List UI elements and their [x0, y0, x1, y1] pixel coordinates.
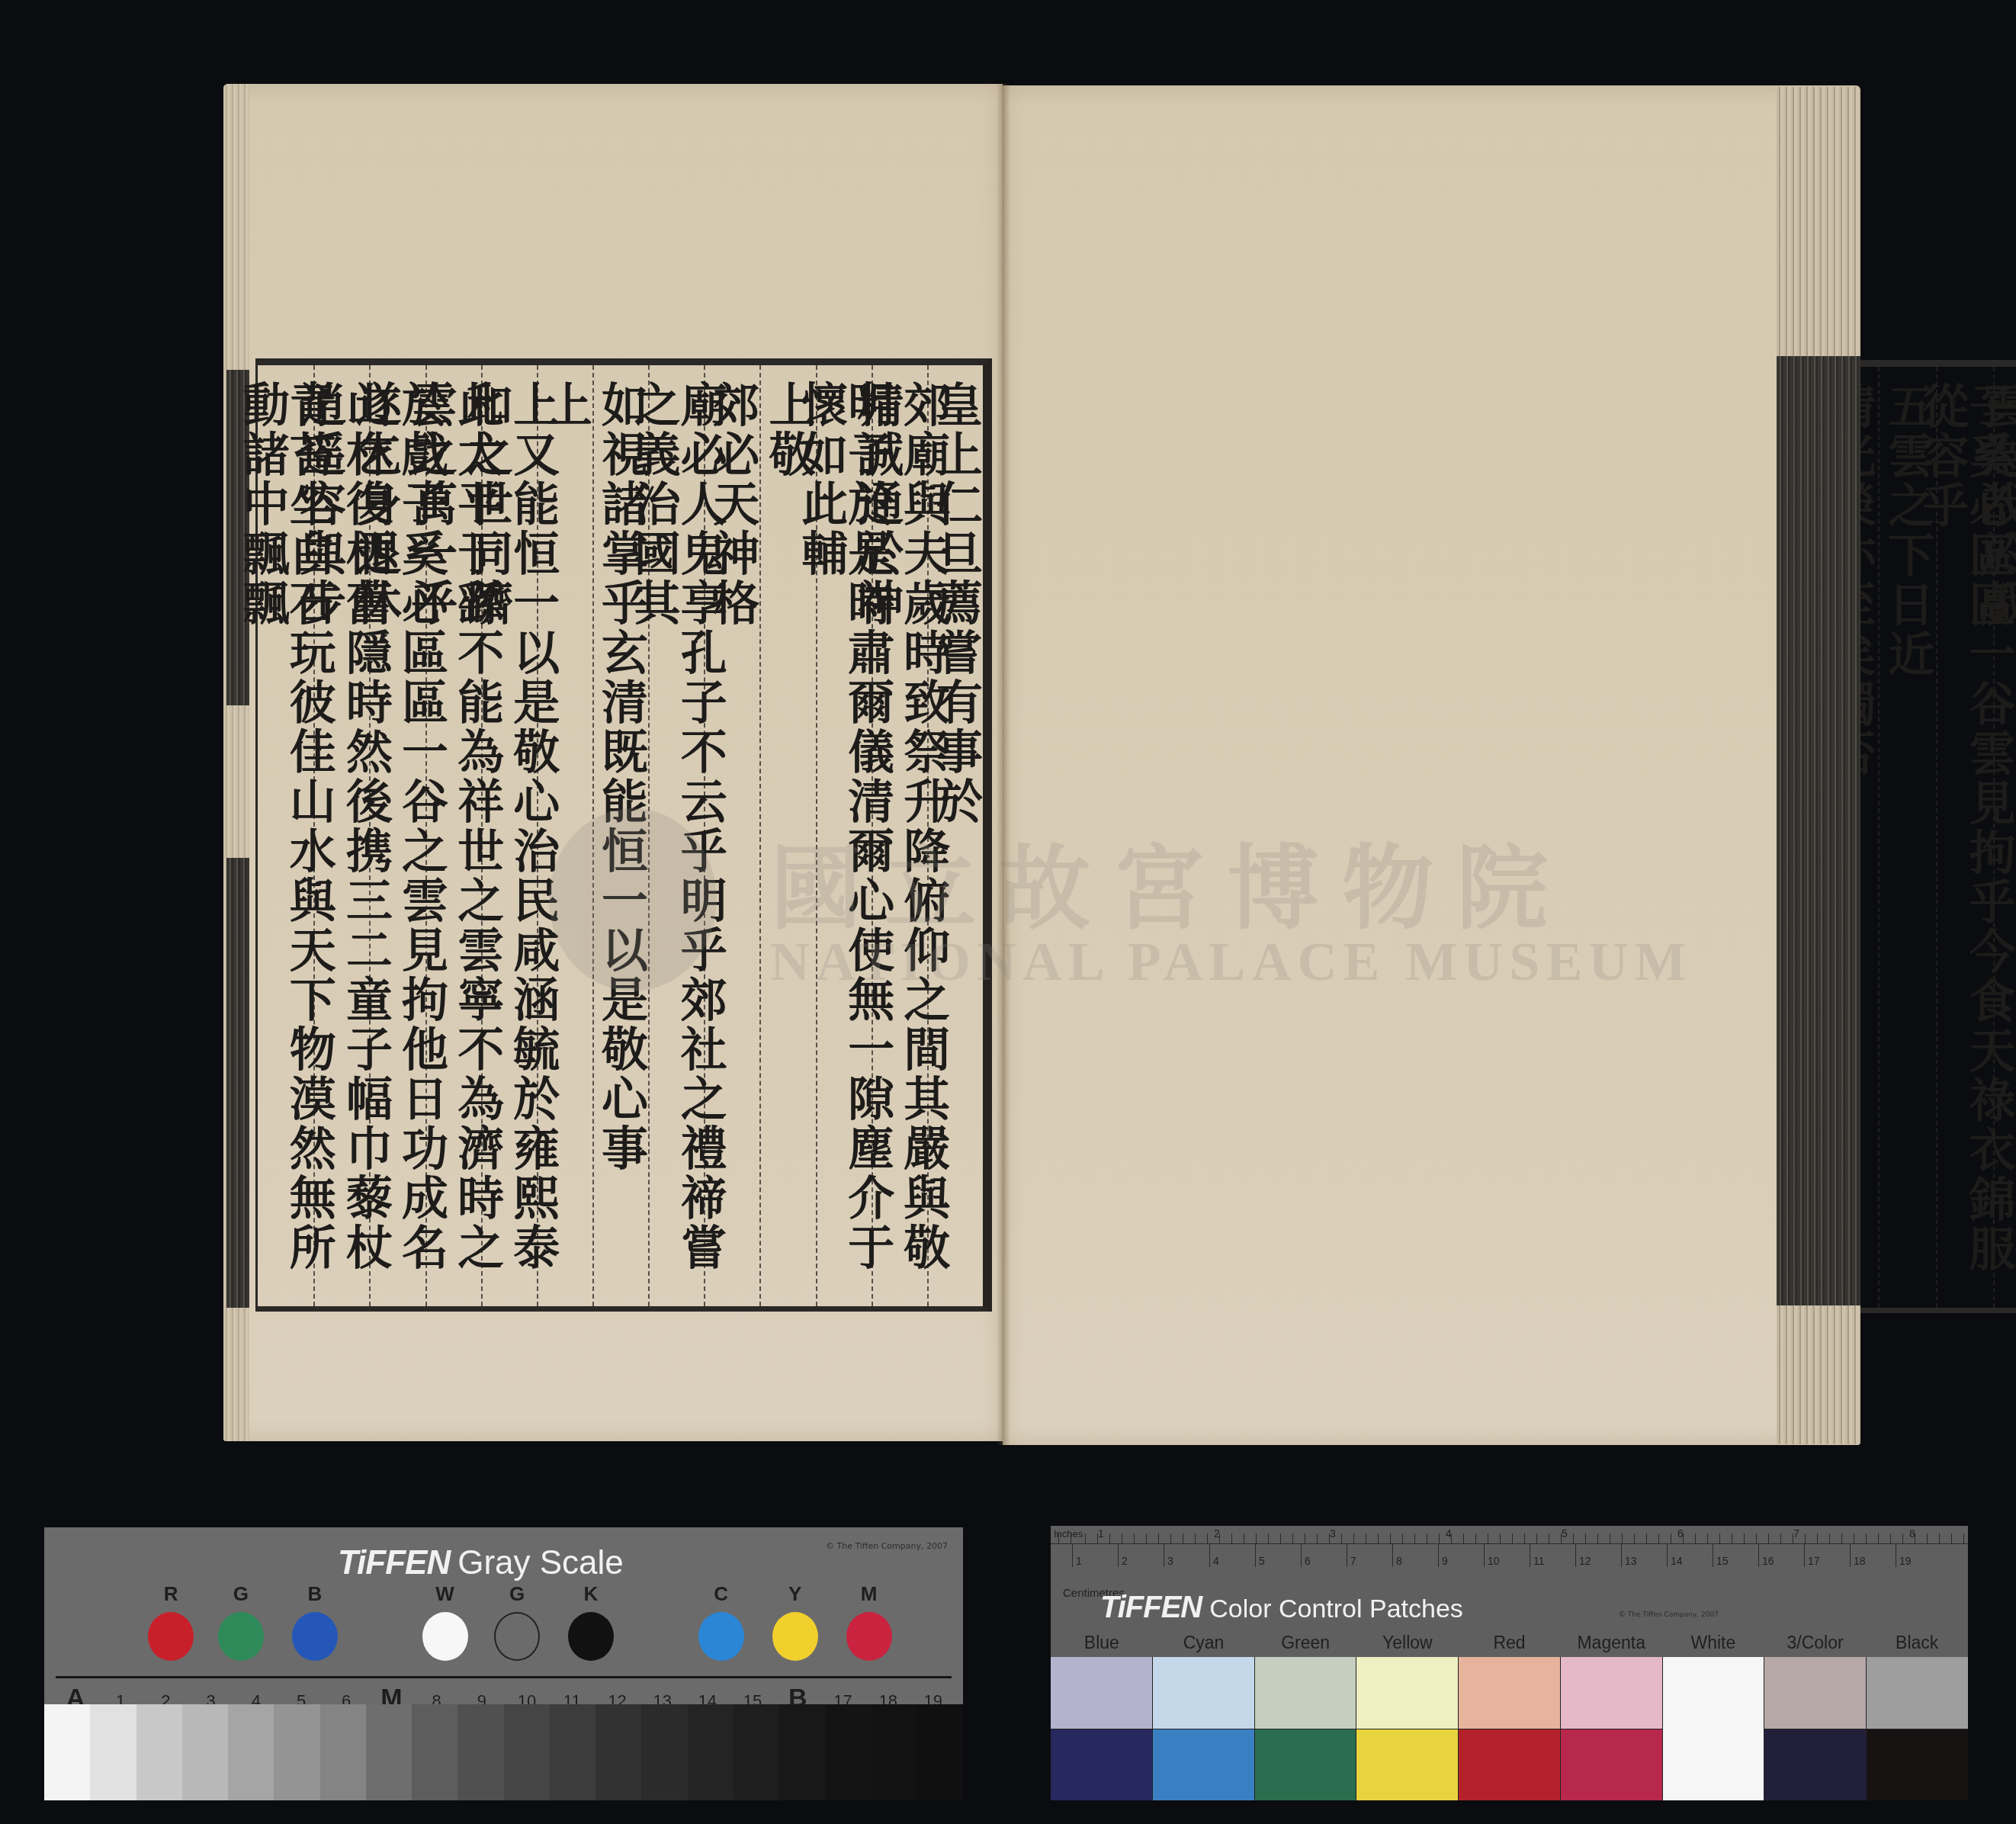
cm-tick	[1758, 1544, 1759, 1567]
cm-tick-label: 12	[1579, 1555, 1591, 1567]
cm-tick-label: 11	[1533, 1555, 1545, 1567]
cm-tick	[1896, 1544, 1896, 1567]
cm-tick	[1072, 1544, 1073, 1567]
cm-tick	[1118, 1544, 1119, 1567]
cm-tick-label: 10	[1488, 1555, 1500, 1567]
cm-tick-label: 3	[1167, 1555, 1173, 1567]
ruler-inches: Inches 12345678	[1051, 1526, 1968, 1544]
patch-label-3-color: 3/Color	[1764, 1633, 1867, 1653]
patch-dark	[1459, 1729, 1560, 1801]
color-control-chart: Inches 12345678 123456789101112131415161…	[1051, 1526, 1968, 1800]
cm-tick-label: 17	[1808, 1555, 1820, 1567]
ruler-inches-label: Inches	[1054, 1528, 1083, 1540]
cm-tick-label: 8	[1396, 1555, 1402, 1567]
inch-tick: 1	[1098, 1527, 1104, 1540]
cm-tick-label: 18	[1854, 1555, 1866, 1567]
patch-light	[1356, 1657, 1458, 1729]
color-patches	[1051, 1657, 1968, 1800]
gray-swatch	[504, 1704, 550, 1800]
patch-label-red: Red	[1459, 1633, 1561, 1653]
gray-swatch	[734, 1704, 779, 1800]
cm-tick-label: 1	[1076, 1555, 1082, 1567]
patch-light	[1051, 1657, 1152, 1729]
dot-label: M	[846, 1582, 892, 1606]
patch-light	[1459, 1657, 1560, 1729]
dot-label: C	[698, 1582, 744, 1606]
column-text: 上敬	[766, 381, 812, 480]
gray-swatch	[44, 1704, 90, 1800]
cm-tick	[1347, 1544, 1347, 1567]
patch-column-white	[1662, 1657, 1764, 1800]
gray-swatch	[457, 1704, 503, 1800]
color-chart-copyright: © The Tiffen Company, 2007	[1619, 1611, 1719, 1619]
text-column: 青苔坐白石玩彼佳山水與天下物漠然無所動諸中飄飄	[258, 365, 313, 1306]
gray-scale-chart: TiFFENGray Scale © The Tiffen Company, 2…	[44, 1527, 963, 1800]
inch-tick: 4	[1446, 1527, 1452, 1540]
column-text: 青苔坐白石玩彼佳山水與天下物漠然無所動諸中飄飄	[239, 381, 332, 1306]
dot-swatch-icon	[148, 1612, 194, 1661]
left-text-columns: 皇上仁旦薦嘗有事於郊廟與夫歲時致祭升降俯仰之間其嚴與敬精誠通於神明子於是時肅爾儀…	[258, 365, 983, 1306]
patch-light	[1764, 1657, 1866, 1729]
dot-label: G	[218, 1582, 264, 1606]
dot-swatch-icon	[218, 1612, 264, 1661]
cm-tick	[1713, 1544, 1713, 1567]
book-gutter	[997, 84, 1010, 1445]
patch-label-yellow: Yellow	[1356, 1633, 1459, 1653]
color-chart-title: TiFFENColor Control Patches	[1100, 1591, 1463, 1625]
patch-light	[1561, 1657, 1662, 1729]
color-chart-title-text: Color Control Patches	[1209, 1594, 1463, 1623]
patch-light	[1153, 1657, 1254, 1729]
gray-swatch	[641, 1704, 687, 1800]
cm-tick	[1392, 1544, 1393, 1567]
inch-tick: 8	[1909, 1527, 1915, 1540]
gray-swatch	[550, 1704, 595, 1800]
cm-tick	[1621, 1544, 1622, 1567]
gray-swatch	[412, 1704, 457, 1800]
cm-tick	[1575, 1544, 1576, 1567]
right-edge-ink	[1777, 356, 1860, 1305]
dot-label: G	[494, 1582, 540, 1606]
color-dot-b: B	[292, 1582, 338, 1661]
cm-tick	[1164, 1544, 1164, 1567]
inch-tick: 2	[1214, 1527, 1220, 1540]
patch-column-red	[1458, 1657, 1560, 1800]
cm-tick	[1438, 1544, 1439, 1567]
text-column: 明子於是時肅爾儀清爾心使無一隙塵介于懷如此輔	[816, 365, 872, 1306]
patch-column-3-color	[1764, 1657, 1866, 1800]
gray-scale-header: TiFFENGray Scale © The Tiffen Company, 2…	[44, 1527, 963, 1704]
gray-scale-swatches	[44, 1704, 963, 1800]
cm-tick	[1209, 1544, 1210, 1567]
gray-scale-title: TiFFENGray Scale	[338, 1544, 624, 1582]
dot-swatch-icon	[292, 1612, 338, 1661]
patch-column-yellow	[1356, 1657, 1458, 1800]
left-page: 皇上仁旦薦嘗有事於郊廟與夫歲時致祭升降俯仰之間其嚴與敬精誠通於神明子於是時肅爾儀…	[223, 84, 1003, 1441]
ruler: Inches 12345678 123456789101112131415161…	[1051, 1526, 1968, 1576]
cm-tick-label: 14	[1671, 1555, 1683, 1567]
color-dot-w: W	[422, 1582, 468, 1661]
patch-label-cyan: Cyan	[1153, 1633, 1255, 1653]
gray-scale-rule	[56, 1676, 952, 1678]
gray-swatch	[274, 1704, 319, 1800]
cm-tick-label: 15	[1716, 1555, 1729, 1567]
dot-label: K	[568, 1582, 614, 1606]
gray-swatch	[917, 1704, 963, 1800]
cm-tick-label: 5	[1259, 1555, 1265, 1567]
cm-tick-label: 19	[1899, 1555, 1912, 1567]
column-text: 五雲之下日近	[1884, 382, 1931, 679]
patch-light	[1867, 1657, 1968, 1729]
cm-tick-label: 6	[1305, 1555, 1311, 1567]
cm-tick	[1530, 1544, 1530, 1567]
gray-swatch	[182, 1704, 228, 1800]
color-dot-g: G	[494, 1582, 540, 1661]
left-text-frame: 皇上仁旦薦嘗有事於郊廟與夫歲時致祭升降俯仰之間其嚴與敬精誠通於神明子於是時肅爾儀…	[255, 358, 992, 1312]
color-patch-labels: BlueCyanGreenYellowRedMagentaWhite3/Colo…	[1051, 1633, 1968, 1653]
dot-swatch-icon	[698, 1612, 744, 1661]
gray-scale-title-text: Gray Scale	[457, 1544, 624, 1582]
dot-label: W	[422, 1582, 468, 1606]
patch-dark	[1764, 1729, 1866, 1801]
gray-swatch	[136, 1704, 182, 1800]
cm-tick	[1667, 1544, 1668, 1567]
color-dot-g: G	[218, 1582, 264, 1661]
gray-swatch	[90, 1704, 136, 1800]
inch-tick: 6	[1677, 1527, 1684, 1540]
dot-label: B	[292, 1582, 338, 1606]
patch-column-cyan	[1152, 1657, 1254, 1800]
text-column: 如視諸掌乎玄清既能恒一以是敬心事	[592, 365, 648, 1306]
patch-dark	[1255, 1729, 1356, 1801]
text-column: 五雲之下日近	[1878, 367, 1936, 1308]
tiffen-logo: TiFFEN	[338, 1544, 450, 1582]
gray-swatch	[872, 1704, 917, 1800]
tiffen-logo: TiFFEN	[1100, 1591, 1202, 1624]
text-column: 廟必人鬼享孔子不云乎明乎郊社之禮禘嘗之義治國其	[648, 365, 704, 1306]
cm-tick	[1850, 1544, 1851, 1567]
patch-dark	[1153, 1729, 1254, 1801]
cm-tick	[1301, 1544, 1302, 1567]
cm-tick-label: 4	[1213, 1555, 1219, 1567]
text-column: 子奚必區區一谷雲見拘乎今食天祿衣錦服從容乎	[1936, 367, 1994, 1308]
cm-tick-label: 9	[1442, 1555, 1448, 1567]
gray-swatch	[595, 1704, 641, 1800]
color-dot-y: Y	[772, 1582, 818, 1661]
dot-swatch-icon	[422, 1612, 468, 1661]
dot-swatch-icon	[772, 1612, 818, 1661]
dot-swatch-icon	[568, 1612, 614, 1661]
cm-tick-label: 16	[1762, 1555, 1774, 1567]
color-dot-k: K	[568, 1582, 614, 1661]
patch-dark	[1561, 1729, 1662, 1801]
color-dot-r: R	[148, 1582, 194, 1661]
text-column: 上敬	[759, 365, 815, 1306]
patch-label-black: Black	[1866, 1633, 1968, 1653]
cm-tick	[1804, 1544, 1805, 1567]
patch-dark	[1356, 1729, 1458, 1801]
patch-label-blue: Blue	[1051, 1633, 1153, 1653]
cm-tick-label: 7	[1350, 1555, 1356, 1567]
inch-tick: 7	[1793, 1527, 1799, 1540]
patch-dark	[1867, 1729, 1968, 1801]
right-page: 國并篆兩大字與一詩見遺玄清復來徵文於余予謂雲固不同也有濟時之雲有祥世之雲夫濟時之…	[1003, 85, 1860, 1445]
ruler-centimetres: 12345678910111213141516171819	[1051, 1544, 1968, 1576]
dot-label: R	[148, 1582, 194, 1606]
patch-white	[1663, 1657, 1764, 1800]
gray-swatch	[228, 1704, 274, 1800]
patch-column-black	[1866, 1657, 1968, 1800]
patch-label-white: White	[1662, 1633, 1764, 1653]
gray-swatch	[366, 1704, 412, 1800]
gray-swatch	[779, 1704, 825, 1800]
patch-light	[1255, 1657, 1356, 1729]
patch-column-green	[1254, 1657, 1356, 1800]
cm-tick-label: 2	[1122, 1555, 1128, 1567]
dot-label: Y	[772, 1582, 818, 1606]
cm-tick	[1255, 1544, 1256, 1567]
patch-column-magenta	[1560, 1657, 1662, 1800]
patch-column-blue	[1051, 1657, 1152, 1800]
cm-tick	[1484, 1544, 1485, 1567]
gray-scale-copyright: © The Tiffen Company, 2007	[826, 1541, 948, 1551]
patch-dark	[1051, 1729, 1152, 1801]
open-book: 皇上仁旦薦嘗有事於郊廟與夫歲時致祭升降俯仰之間其嚴與敬精誠通於神明子於是時肅爾儀…	[223, 84, 1867, 1445]
inch-tick: 5	[1562, 1527, 1568, 1540]
dot-swatch-icon	[846, 1612, 892, 1661]
cm-tick-label: 13	[1625, 1555, 1637, 1567]
patch-label-green: Green	[1254, 1633, 1356, 1653]
gray-swatch	[825, 1704, 871, 1800]
column-text: 如視諸掌乎玄清既能恒一以是敬心事	[598, 381, 644, 1174]
gray-swatch	[688, 1704, 734, 1800]
gray-swatch	[320, 1704, 366, 1800]
patch-label-magenta: Magenta	[1560, 1633, 1662, 1653]
inch-tick: 3	[1330, 1527, 1336, 1540]
dot-swatch-icon	[494, 1612, 540, 1661]
color-dot-m: M	[846, 1582, 892, 1661]
color-dot-c: C	[698, 1582, 744, 1661]
